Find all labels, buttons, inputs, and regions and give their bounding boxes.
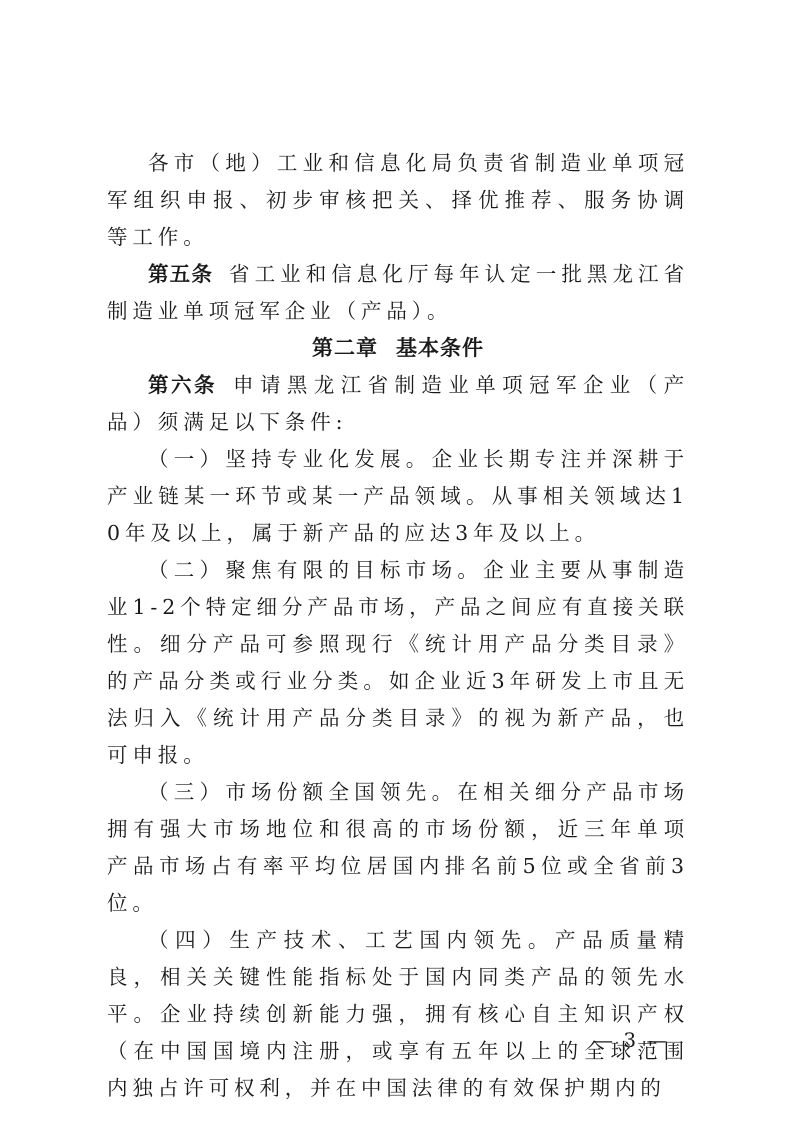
- chapter-heading: 第二章基本条件: [107, 330, 689, 367]
- chapter-number: 第二章: [312, 336, 378, 360]
- paragraph-article-5: 第五条省工业和信息化厅每年认定一批黑龙江省制造业单项冠军企业（产品）。: [107, 256, 689, 330]
- article-6-heading: 第六条: [148, 373, 217, 397]
- condition-1: （一）坚持专业化发展。企业长期专注并深耕于产业链某一环节或某一产品领域。从事相关…: [107, 441, 689, 552]
- condition-4: （四）生产技术、工艺国内领先。产品质量精良，相关关键性能指标处于国内同类产品的领…: [107, 922, 689, 1107]
- document-page: 各市（地）工业和信息化局负责省制造业单项冠军组织申报、初步审核把关、择优推荐、服…: [107, 145, 689, 1107]
- condition-3: （三）市场份额全国领先。在相关细分产品市场拥有强大市场地位和很高的市场份额，近三…: [107, 774, 689, 922]
- chapter-title: 基本条件: [396, 336, 484, 360]
- paragraph-responsibility: 各市（地）工业和信息化局负责省制造业单项冠军组织申报、初步审核把关、择优推荐、服…: [107, 145, 689, 256]
- article-5-heading: 第五条: [148, 262, 213, 286]
- condition-2: （二）聚焦有限的目标市场。企业主要从事制造业1-2个特定细分产品市场，产品之间应…: [107, 552, 689, 774]
- paragraph-article-6: 第六条申请黑龙江省制造业单项冠军企业（产品）须满足以下条件:: [107, 367, 689, 441]
- page-number: — 3 —: [593, 1028, 668, 1052]
